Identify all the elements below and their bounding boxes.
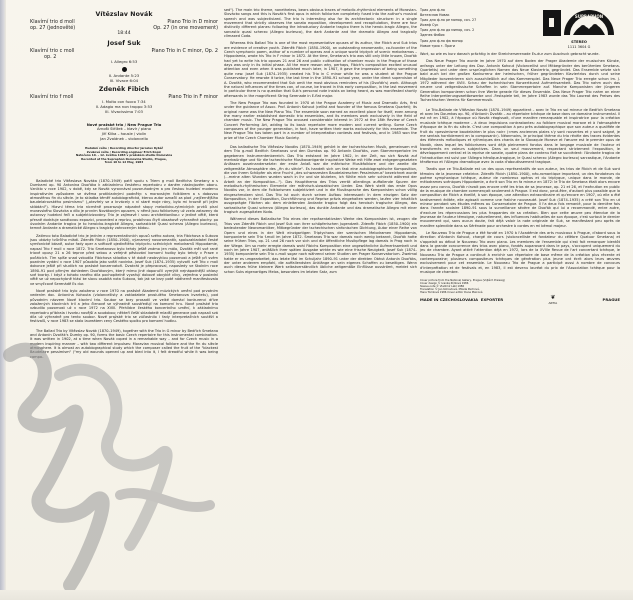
ensemble-member: Jan Zvolánek – violoncello [30, 137, 218, 142]
note-paragraph: The Ballad Trio by Vítězslav Novák (1870… [30, 329, 218, 359]
work-title-english: Piano Trio in F minor [168, 94, 218, 100]
tracklist-column: Vítězslav NovákKlavírní trio d mollPiano… [30, 8, 218, 362]
notes-czech: Baladické trio Vítězslava Nováka (1870–1… [30, 179, 218, 324]
note-paragraph: Le Nouveau Trio de Prague a été fondé en… [420, 231, 620, 274]
record-sleeve-back: Vítězslav NovákKlavírní trio d mollPiano… [0, 0, 633, 600]
made-in-label: MADE IN CZECHOSLOVAKIA EXPORTER [420, 297, 503, 302]
note-paragraph: Während dieses Balladische Trio eines de… [224, 217, 417, 273]
note-paragraph: Le Trio-Ballade de Vítězslav Novák (1870… [420, 108, 620, 164]
work-title-czech: Klavírní trio f moll [30, 94, 73, 100]
sleeve-credits: Cover picture from the National Gallery,… [420, 279, 620, 294]
supraphon-wordmark-logo-icon: SUPRAPHON [563, 9, 615, 37]
work-duration: 18:44 [30, 31, 218, 37]
notes-english-start: The Ballad Trio by Vítězslav Novák (1870… [30, 329, 218, 359]
note-paragraph: Das balladische Trio Vítězslav Nováks (1… [224, 145, 417, 215]
label-logo-block: SUPRAPHON STEREO 1111 3604 G [538, 8, 620, 49]
note-paragraph: Zatímco toto Baladické trio je jedním z … [30, 234, 218, 286]
sleeve-bottom-edge [0, 590, 633, 600]
composer-name: Josef Suk [30, 40, 218, 47]
russian-line: Новое трио г. Праги [420, 44, 530, 49]
note-paragraph: Tandis que ce Trio-Ballade est un des op… [420, 167, 620, 228]
recording-credits: Hudební režie / Recording director Jaros… [30, 147, 218, 165]
note-paragraph-continued: sed"). The main trio theme, nonetheless,… [224, 8, 417, 38]
russian-tracklist: Трио для ф-но Витезслав Новак Трио для ф… [420, 8, 530, 49]
note-paragraph: Nové pražské trio bylo založeno v roce 1… [30, 289, 218, 324]
notes-middle-column: sed"). The main trio theme, nonetheless,… [224, 8, 417, 277]
svg-text:SUPRAPHON: SUPRAPHON [575, 14, 603, 19]
note-paragraph: The New Prague Trio was founded in 1970 … [224, 101, 417, 140]
side-break-dot-icon [122, 67, 127, 72]
composer-name: Zdeněk Fibich [30, 86, 218, 93]
note-paragraph: Das Neue Prager Trio wurde im Jahre 1970… [420, 59, 620, 102]
movement: III. Vivacissimo 7:03 [30, 110, 218, 115]
composer-name: Vítězslav Novák [30, 11, 218, 18]
note-paragraph: Baladické trio Vítězslava Nováka (1870–1… [30, 179, 218, 231]
note-paragraph-continued: Wort, so wie es kurz danach prächtig in … [420, 52, 620, 56]
credit-line: Hana Tomková 1986 Cover editor Dana Malc… [420, 291, 620, 294]
sleeve-spine-edge [0, 0, 6, 600]
city-label: PRAGUE [603, 297, 620, 302]
movement: III. Vivace 6:04 [30, 79, 218, 84]
supraphon-square-logo-icon [543, 10, 561, 36]
work-title-english: Piano Trio in C minor, Op. 2 [151, 48, 218, 54]
right-header: Трио для ф-но Витезслав Новак Трио для ф… [420, 8, 620, 49]
movement: I. Allegro 6:53 [30, 60, 218, 65]
tracklist: Vítězslav NovákKlavírní trio d mollPiano… [30, 11, 218, 115]
notes-right-column: Трио для ф-но Витезслав Новак Трио для ф… [420, 8, 620, 305]
footer-row: MADE IN CZECHOSLOVAKIA EXPORTER ❦ARTIA P… [420, 295, 620, 305]
artia-logo: ❦ARTIA [549, 295, 558, 305]
credit-line: from 10 to 12 May, 1983 [30, 161, 218, 165]
note-paragraph: Whereas this Ballad Trio is one of the m… [224, 41, 417, 97]
ensemble-block: Nové pražské trio / New Prague Trio Arno… [30, 123, 218, 141]
catalog-number: 1111 3604 G [538, 45, 620, 49]
